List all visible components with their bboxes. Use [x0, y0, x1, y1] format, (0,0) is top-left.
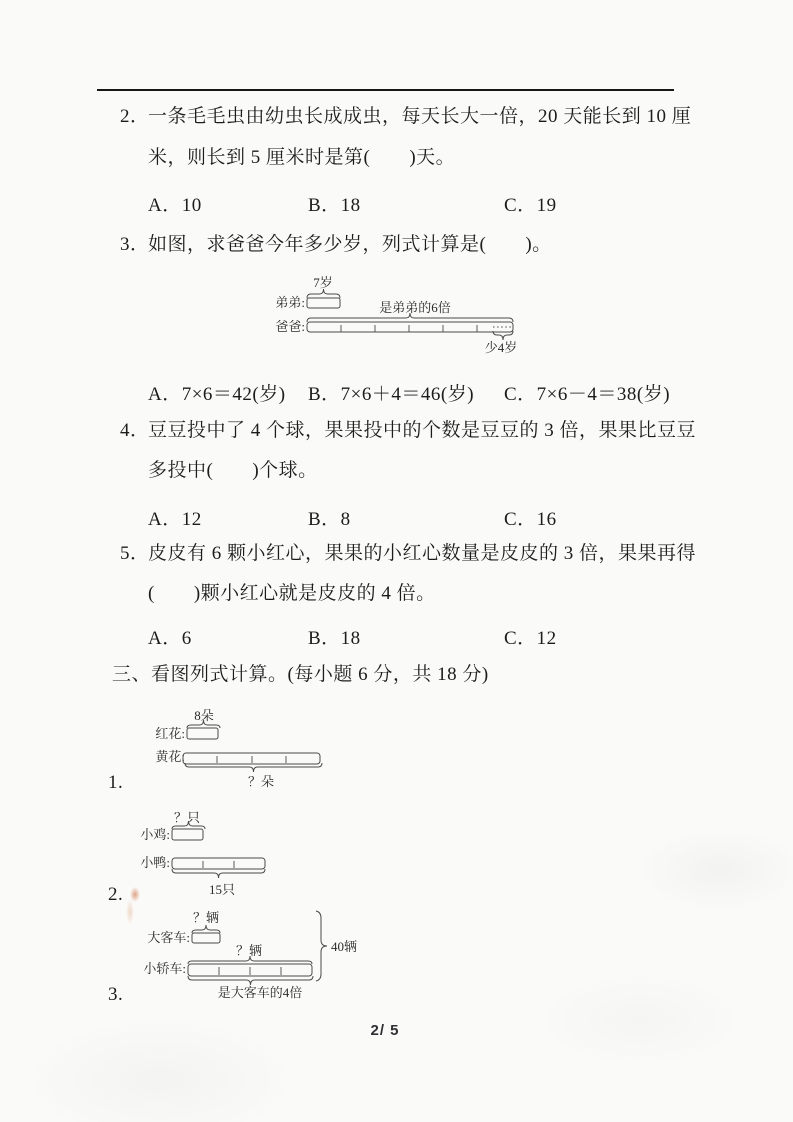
bus-amount-label: ？辆	[193, 910, 219, 925]
car-amount-label: ？辆	[236, 943, 262, 958]
question-3-line-1: 如图，求爸爸今年多少岁，列式计算是( )。	[148, 234, 552, 255]
duck-bar	[172, 858, 265, 869]
six-times-label: 是弟弟的6倍	[379, 300, 451, 315]
question-2-options: A．10 B．18 C．19	[148, 190, 708, 212]
question-2-line-2: 米，则长到 5 厘米时是第( )天。	[148, 147, 455, 168]
question-2-option-a: A．10	[148, 190, 202, 217]
top-rule	[97, 89, 674, 91]
bus-bar	[192, 933, 220, 943]
question-3-option-c: C．7×6－4＝38(岁)	[504, 379, 670, 406]
red-flower-bar	[187, 728, 218, 739]
question-3-option-b: B．7×6＋4＝46(岁)	[308, 379, 474, 406]
chick-bar	[172, 829, 203, 840]
question-3-option-a: A．7×6＝42(岁)	[148, 379, 286, 406]
brother-amount-label: 7岁	[313, 275, 333, 290]
question-3-number: 3．	[120, 234, 150, 255]
question-2-number: 2．	[120, 106, 150, 127]
page-number: 2/ 5	[0, 1022, 770, 1039]
brace-over-brother-box	[307, 289, 340, 298]
question-5-options: A．6 B．18 C．12	[148, 623, 708, 645]
duck-amount-label: 15只	[209, 882, 235, 897]
brace-over-car-bar	[188, 956, 312, 964]
section-three-heading: 三、看图列式计算。(每小题 6 分，共 18 分)	[112, 664, 489, 685]
brother-row-label: 弟弟:	[275, 295, 305, 310]
father-bar	[307, 322, 513, 332]
brace-total-right	[316, 911, 327, 981]
problem-3-number: 3.	[108, 984, 123, 1005]
bus-row-label: 大客车:	[147, 930, 190, 945]
question-5-line-1: 皮皮有 6 颗小红心，果果的小红心数量是皮皮的 3 倍，果果再得	[148, 543, 696, 564]
red-flower-row-label: 红花:	[155, 726, 185, 741]
problem-1-bar-diagram: 8朵 红花: 黄花: ？朵	[140, 700, 340, 792]
father-row-label: 爸爸:	[275, 319, 305, 334]
brother-bar	[307, 298, 340, 308]
question-4-line-2: 多投中( )个球。	[148, 460, 318, 481]
chick-row-label: 小鸡:	[140, 827, 170, 842]
problem-1-number: 1.	[108, 772, 123, 793]
question-5-line-2: ( )颗小红心就是皮皮的 4 倍。	[148, 583, 436, 604]
yellow-flower-question-label: ？朵	[248, 774, 274, 789]
brace-over-bus-box	[192, 925, 220, 933]
question-5-number: 5．	[120, 543, 150, 564]
four-times-bus-label: 是大客车的4倍	[218, 985, 303, 1000]
question-4-option-b: B．8	[308, 504, 351, 531]
brace-over-red-flower-box	[187, 720, 220, 728]
chick-amount-label: ？只	[174, 810, 200, 825]
minus-four-label: 少4岁	[485, 340, 518, 355]
total-vehicles-label: 40辆	[331, 939, 357, 954]
yellow-flower-bar	[183, 753, 320, 764]
problem-2-bar-diagram: ？只 小鸡: 小鸭: 15只	[130, 803, 330, 898]
problem-2-number: 2.	[108, 884, 123, 905]
brace-under-car-bar	[188, 976, 313, 985]
question-4-options: A．12 B．8 C．16	[148, 504, 708, 526]
question-2-option-c: C．19	[504, 190, 557, 217]
yellow-flower-row-label: 黄花:	[155, 749, 185, 764]
question-3-options: A．7×6＝42(岁) B．7×6＋4＝46(岁) C．7×6－4＝38(岁)	[148, 379, 708, 401]
question-4-line-1: 豆豆投中了 4 个球，果果投中的个数是豆豆的 3 倍，果果比豆豆	[148, 420, 696, 441]
question-5-option-b: B．18	[308, 623, 361, 650]
question-4-option-a: A．12	[148, 504, 202, 531]
question-3-bar-diagram: 7岁 弟弟: 是弟弟的6倍 爸爸: 少4岁	[265, 272, 525, 364]
scan-smudge	[126, 899, 134, 925]
brace-over-father-bar	[307, 313, 513, 322]
duck-row-label: 小鸭:	[140, 855, 170, 870]
brace-under-duck-bar	[172, 869, 265, 878]
problem-3-bar-diagram: ？辆 大客车: ？辆 小轿车: 是大客车的4倍 40辆	[135, 906, 370, 1003]
question-5-option-a: A．6	[148, 623, 192, 650]
car-row-label: 小轿车:	[143, 961, 186, 976]
question-4-number: 4．	[120, 420, 150, 441]
question-5-option-c: C．12	[504, 623, 557, 650]
question-2-option-b: B．18	[308, 190, 361, 217]
question-2-line-1: 一条毛毛虫由幼虫长成成虫，每天长大一倍，20 天能长到 10 厘	[148, 106, 691, 127]
question-4-option-c: C．16	[504, 504, 557, 531]
worksheet-page: 2． 一条毛毛虫由幼虫长成成虫，每天长大一倍，20 天能长到 10 厘 米，则长…	[0, 0, 793, 1122]
